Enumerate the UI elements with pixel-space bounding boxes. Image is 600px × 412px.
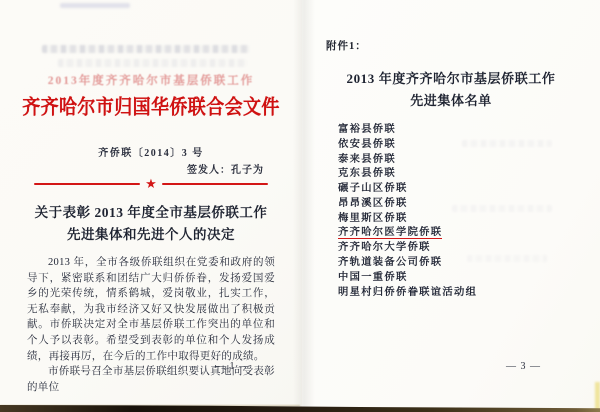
list-item: 泰来县侨联 (338, 150, 477, 165)
bleedthrough-smudge (467, 255, 547, 262)
list-item: 明星村归侨侨眷联谊活动组 (338, 283, 477, 298)
red-divider: ★ (34, 177, 268, 191)
list-item: 克东县侨联 (338, 164, 477, 179)
issuer-label: 签发人： (187, 165, 231, 176)
bleedthrough-text: 2013年度齐齐哈尔市基层侨联工作 (0, 72, 302, 88)
doc-number: 齐侨联〔2014〕3 号 (0, 144, 302, 159)
decision-title-line2: 先进集体和先进个人的决定 (0, 224, 302, 246)
right-page: 附件1： 2013 年度齐齐哈尔市基层侨联工作 先进集体名单 富裕县侨联 依安县… (302, 0, 600, 412)
list-item: 昂昂溪区侨联 (338, 194, 477, 209)
list-item: 齐轨道装备公司侨联 (338, 253, 477, 268)
decision-title: 关于表彰 2013 年度全市基层侨联工作 先进集体和先进个人的决定 (0, 202, 302, 246)
masthead-title: 齐齐哈尔市归国华侨联合会文件 (22, 91, 280, 120)
star-icon: ★ (145, 178, 157, 191)
attachment-label: 附件1： (326, 38, 367, 53)
body-paragraph: 2013 年，全市各级侨联组织在党委和政府的领导下，紧密联系和团结广大归侨侨眷，… (27, 255, 275, 364)
page-number: — 1 — (215, 361, 250, 372)
divider-line-left (34, 183, 140, 185)
decision-title-line1: 关于表彰 2013 年度全市基层侨联工作 (0, 202, 302, 224)
roster-title: 2013 年度齐齐哈尔市基层侨联工作 先进集体名单 (302, 68, 600, 112)
list-item: 梅里斯区侨联 (338, 209, 477, 224)
list-item-underlined: 齐齐哈尔医学院侨联 (338, 224, 477, 239)
roster-title-line1: 2013 年度齐齐哈尔市基层侨联工作 (302, 68, 600, 90)
list-item: 中国一重侨联 (338, 268, 477, 283)
scan-edge-artifact (595, 382, 600, 412)
advanced-collectives-list: 富裕县侨联 依安县侨联 泰来县侨联 克东县侨联 碾子山区侨联 昂昂溪区侨联 梅里… (338, 120, 477, 298)
list-item: 富裕县侨联 (338, 120, 477, 135)
bleedthrough-smudge (58, 59, 248, 67)
list-item: 齐齐哈尔大学侨联 (338, 238, 477, 253)
list-item: 依安县侨联 (338, 135, 477, 150)
list-item: 碾子山区侨联 (338, 179, 477, 194)
left-page: 2013年度齐齐哈尔市基层侨联工作 齐齐哈尔市归国华侨联合会文件 齐侨联〔201… (0, 0, 302, 412)
body-text: 2013 年，全市各级侨联组织在党委和政府的领导下，紧密联系和团结广大归侨侨眷，… (27, 255, 275, 395)
bleedthrough-smudge (42, 45, 250, 53)
issuer-name: 孔子为 (231, 165, 264, 176)
page-number: — 3 — (506, 361, 541, 372)
scan-smudge (60, 3, 130, 8)
document-scan: 2013年度齐齐哈尔市基层侨联工作 齐齐哈尔市归国华侨联合会文件 齐侨联〔201… (0, 0, 600, 412)
divider-line-right (162, 183, 268, 185)
roster-title-line2: 先进集体名单 (302, 90, 600, 112)
red-underline-item: 齐齐哈尔医学院侨联 (338, 223, 442, 240)
issuer-line: 签发人：孔子为 (187, 161, 264, 176)
